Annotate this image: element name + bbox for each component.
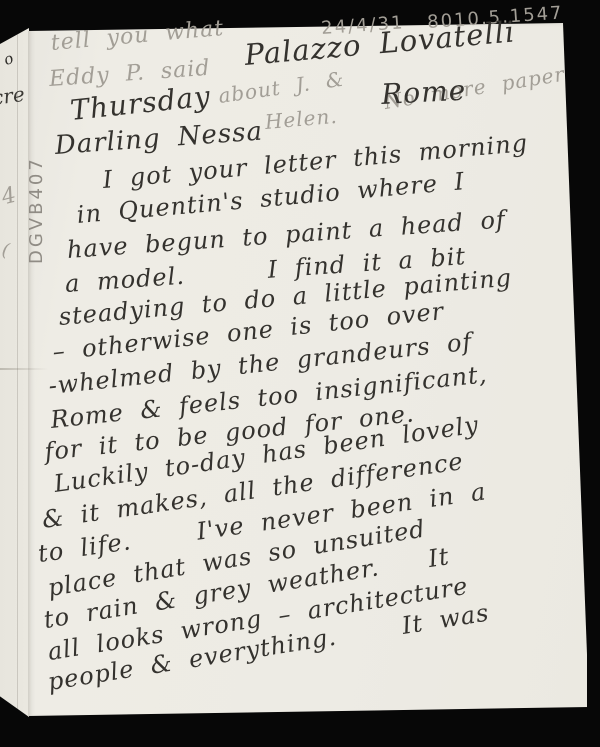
stray-ink-mark: cre <box>0 82 26 110</box>
adjacent-page-fold-line <box>17 28 18 717</box>
adjacent-page-edge <box>0 28 29 717</box>
address-line-2: Rome <box>380 76 466 110</box>
paper-crease <box>0 368 48 370</box>
archive-code-vertical: DGVB407 <box>26 104 47 264</box>
